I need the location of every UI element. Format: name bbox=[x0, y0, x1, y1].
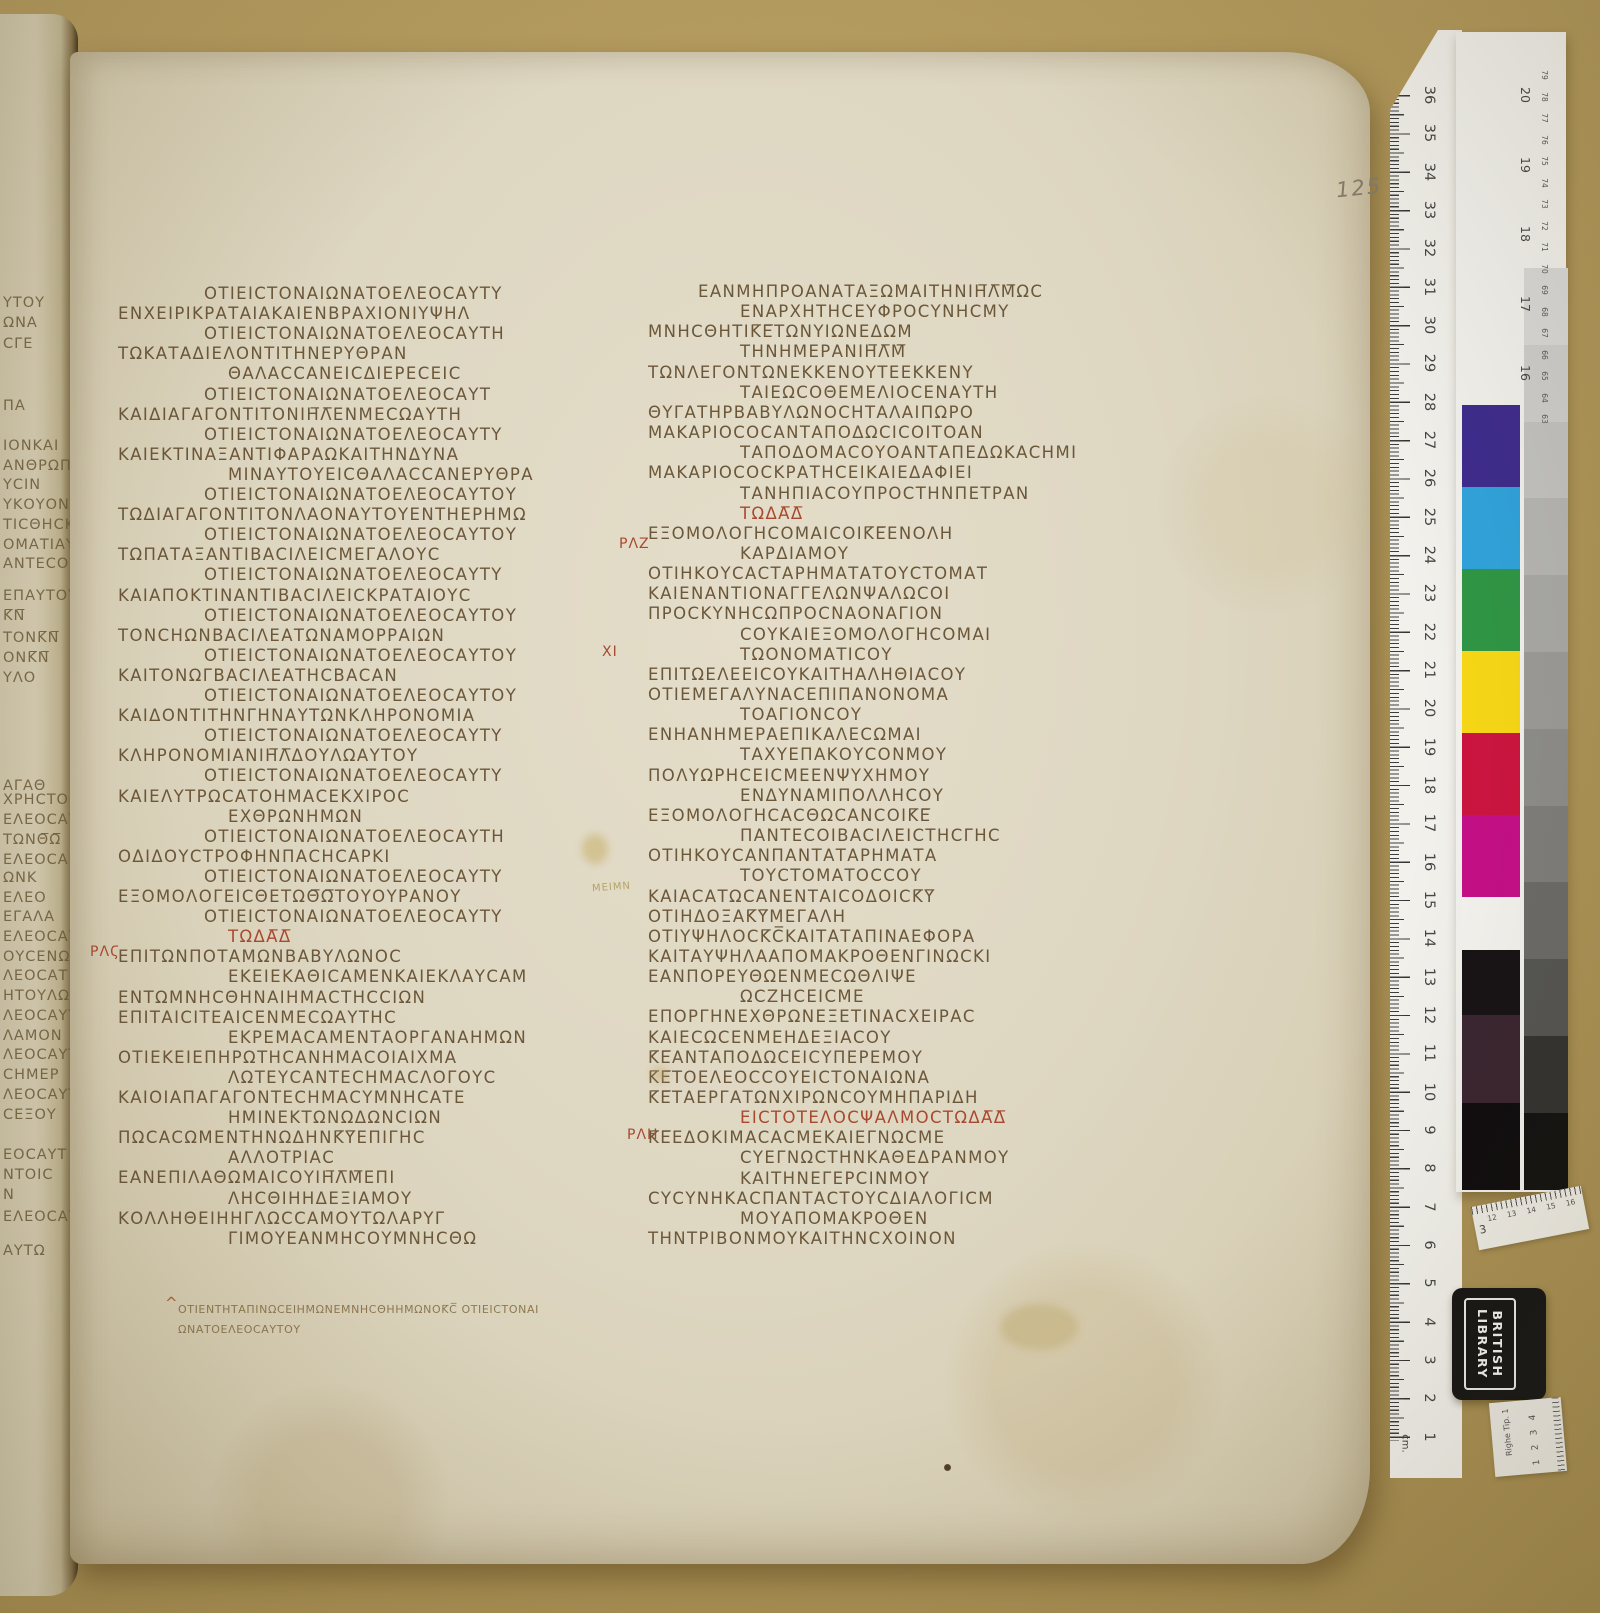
righe-number: 3 bbox=[1529, 1429, 1539, 1436]
text-line: Κ̅Ε̅ΤΟΕΛΕΟCCΟΥΕΙCΤΟΝΑΙΩΝΑ bbox=[648, 1068, 930, 1087]
text-line: ΛΩΤΕΥCΑΝΤΕCΗΜΑCΛΟΓΟΥC bbox=[228, 1068, 497, 1087]
text-line: ΕΚΕΙΕΚΑΘΙCΑΜΕΝΚΑΙΕΚΛΑΥCΑΜ bbox=[228, 967, 528, 986]
text-line: ΜΑΚΑΡΙΟCΟCΑΝΤΑΠΟΔΩCΙCΟΙΤΟΑΝ bbox=[648, 423, 984, 442]
inner-scale-small-number: 72 bbox=[1539, 218, 1549, 234]
text-line: Κ̅Ε̅ΕΔΟΚΙΜΑCΑCΜΕΚΑΙΕΓΝΩCΜΕ bbox=[648, 1128, 945, 1147]
text-line: ΚΟΛΛΗΘΕΙΗΗΓΛΩCCΑΜΟΥΤΩΛΑΡΥΓ bbox=[118, 1209, 446, 1228]
text-line: ΤΗΝΗΜΕΡΑΝΙΗ̅Λ̅Μ̅ bbox=[740, 342, 906, 361]
facing-page-fragment: ΝΤΟΙC bbox=[3, 1167, 54, 1183]
text-line: ΟΤΙΕΙCΤΟΝΑΙΩΝΑΤΟΕΛΕΟCΑΥΤΟΥ bbox=[204, 485, 517, 504]
facing-page-fragment: ΕΛΕΟCΑΥΤ bbox=[3, 1209, 78, 1225]
color-patch-white bbox=[1462, 897, 1520, 950]
ruler-cm-number: 2 bbox=[1419, 1384, 1437, 1412]
inner-scale-number: 20 bbox=[1517, 84, 1533, 106]
text-line: ΟΤΙΕΙCΤΟΝΑΙΩΝΑΤΟΕΛΕΟCΑΥΤΥ bbox=[204, 425, 503, 444]
inner-scale-small-number: 76 bbox=[1539, 132, 1549, 148]
color-calibration-chart: 2019181716797877767574737271706968676665… bbox=[1456, 32, 1566, 1192]
text-line: ΕΞΟΜΟΛΟΓΗCΑCΘΩCΑΝCΟΙΚ̅Ε̅ bbox=[648, 806, 931, 825]
text-line: ΑΛΛΟΤΡΙΑC bbox=[228, 1148, 335, 1167]
facing-page-fragment: ΩΝΑ bbox=[3, 315, 38, 331]
stain bbox=[652, 1066, 668, 1082]
righe-number: 2 bbox=[1531, 1444, 1541, 1451]
stain bbox=[1000, 1304, 1078, 1350]
color-patch-cyan bbox=[1462, 487, 1520, 569]
text-line: ΩCΖΗCΕΙCΜΕ bbox=[740, 987, 865, 1006]
text-line: ΟΤΙΕΙCΤΟΝΑΙΩΝΑΤΟΕΛΕΟCΑΥΤΥ bbox=[204, 907, 503, 926]
text-line: ΕΝΗΑΝΗΜΕΡΑΕΠΙΚΑΛΕCΩΜΑΙ bbox=[648, 725, 922, 744]
text-line: ΤΩΟΝΟΜΑΤΙCΟΥ bbox=[740, 645, 893, 664]
ruler-cm-number: 11 bbox=[1419, 1039, 1437, 1067]
text-line: ΟΤΙΕΙCΤΟΝΑΙΩΝΑΤΟΕΛΕΟCΑΥΤΟΥ bbox=[204, 686, 517, 705]
gray-step-12 bbox=[1524, 1113, 1568, 1190]
gray-step-3 bbox=[1524, 422, 1568, 499]
text-line: ΟΤΙΕΙCΤΟΝΑΙΩΝΑΤΟΕΛΕΟCΑΥΤΟΥ bbox=[204, 606, 517, 625]
text-line: ΚΑΙΑΠΟΚΤΙΝΑΝΤΙΒΑCΙΛΕΙCΚΡΑΤΑΙΟΥC bbox=[118, 586, 472, 605]
inner-scale-small-number: 66 bbox=[1539, 347, 1549, 363]
color-patch-dark-plum bbox=[1462, 1015, 1520, 1103]
marginal-psalm-number: ΡΛΗ bbox=[627, 1127, 659, 1143]
text-line: ΟΤΙΕΙCΤΟΝΑΙΩΝΑΤΟΕΛΕΟCΑΥΤ bbox=[204, 385, 491, 404]
inner-scale-small-number: 79 bbox=[1539, 67, 1549, 83]
text-line: ΕΝΧΕΙΡΙΚΡΑΤΑΙΑΚΑΙΕΝΒΡΑΧΙΟΝΙΥΨΗΛ bbox=[118, 304, 471, 323]
marginal-psalm-number: ΡΛΖ bbox=[619, 536, 650, 552]
text-line: ΤΩΠΑΤΑΞΑΝΤΙΒΑCΙΛΕΙCΜΕΓΑΛΟΥC bbox=[118, 545, 441, 564]
rubric-line: ΤΩΔΑ̅Δ̅ bbox=[740, 504, 804, 523]
ruler-cm-number: 32 bbox=[1419, 234, 1437, 262]
facing-page-fragment: ΥΚΟΥΟΝΤ bbox=[3, 497, 78, 513]
color-patch-red bbox=[1462, 733, 1520, 815]
text-line: ΚΑΙΕΝΑΝΤΙΟΝΑΓΓΕΛΩΝΨΑΛΩCΟΙ bbox=[648, 584, 951, 603]
text-line: ΟΤΙΕΙCΤΟΝΑΙΩΝΑΤΟΕΛΕΟCΑΥΤΟΥ bbox=[204, 646, 517, 665]
marginal-psalm-number: ΡΛϚ bbox=[90, 944, 120, 960]
inner-scale-small-number: 78 bbox=[1539, 89, 1549, 105]
inner-scale-number: 19 bbox=[1517, 154, 1533, 176]
ruler-cm-number: 8 bbox=[1419, 1154, 1437, 1182]
ruler-cm-number: 36 bbox=[1419, 81, 1437, 109]
ruler-cm-number: 18 bbox=[1419, 771, 1437, 799]
ruler-cm-number: 22 bbox=[1419, 618, 1437, 646]
ruler-cm-number: 25 bbox=[1419, 503, 1437, 531]
ruler-cm-number: 16 bbox=[1419, 848, 1437, 876]
parchment-hole bbox=[944, 1464, 951, 1471]
gray-step-6 bbox=[1524, 652, 1568, 729]
facing-page-fragment: ΟΥCΕΝΩΝ bbox=[3, 949, 78, 965]
gray-step-10 bbox=[1524, 959, 1568, 1036]
text-line: ΓΙΜΟΥΕΑΝΜΗCΟΥΜΝΗCΘΩ bbox=[228, 1229, 477, 1248]
insertion-caret: ^ bbox=[165, 1294, 178, 1312]
text-line: ΤΟΝCΗΩΝΒΑCΙΛΕΑΤΩΝΑΜΟΡΡΑΙΩΝ bbox=[118, 626, 445, 645]
facing-page-fragment: ΛΕΟCΑΥΤ bbox=[3, 1008, 78, 1024]
facing-page-edge: ΥΤΟΥΩΝΑCΓΕΠΑΙΟΝΚΑΙΑΝΘΡΩΠΥCΙΝΥΚΟΥΟΝΤΤΙCΘΗ… bbox=[0, 14, 78, 1596]
text-line: ΟΤΙΗΚΟΥCΑΝΠΑΝΤΑΤΑΡΗΜΑΤΑ bbox=[648, 846, 938, 865]
text-line: ΟΤΙΕΙCΤΟΝΑΙΩΝΑΤΟΕΛΕΟCΑΥΤΗ bbox=[204, 827, 505, 846]
text-line: ΘΥΓΑΤΗΡΒΑΒΥΛΩΝΟCΗΤΑΛΑΙΠΩΡΟ bbox=[648, 403, 974, 422]
inner-scale-number: 16 bbox=[1517, 362, 1533, 384]
text-line: CΥΕΓΝΩCΤΗΝΚΑΘΕΔΡΑΝΜΟΥ bbox=[740, 1148, 1010, 1167]
text-line: ΚΑΙΔΙΑΓΑΓΟΝΤΙΤΟΝΙΗ̅Λ̅ΕΝΜΕCΩΑΥΤΗ bbox=[118, 405, 462, 424]
ruler-cm-number: 19 bbox=[1419, 733, 1437, 761]
facing-page-fragment: Κ̅Ν̅ bbox=[3, 608, 25, 624]
text-line: ΚΛΗΡΟΝΟΜΙΑΝΙΗ̅Λ̅ΔΟΥΛΩΑΥΤΟΥ bbox=[118, 746, 418, 765]
ruler-cm-number: 20 bbox=[1419, 694, 1437, 722]
text-line: ΕΞΟΜΟΛΟΓΕΙCΘΕΤΩΘ̅Ω̅ΤΟΥΟΥΡΑΝΟΥ bbox=[118, 887, 462, 906]
facing-page-fragment: ΕΓΑΛΑ bbox=[3, 909, 55, 925]
text-line: ΤΑΝΗΠΙΑCΟΥΠΡΟCΤΗΝΠΕΤΡΑΝ bbox=[740, 484, 1030, 503]
facing-page-fragment: ΕΛΕΟCΑ bbox=[3, 852, 69, 868]
righe-scale: Righe Tip. 1 1234 bbox=[1489, 1397, 1567, 1477]
facing-page-fragment: ΕΠΑΥΤΟΥ bbox=[3, 588, 78, 604]
ruler-cm-number: 31 bbox=[1419, 273, 1437, 301]
facing-page-fragment: ΤΟΝΚ̅Ν̅ bbox=[3, 630, 59, 646]
facing-page-fragment: ΑΝΘΡΩΠ bbox=[3, 458, 72, 474]
facing-page-fragment: ΟΝΚ̅Ν̅ bbox=[3, 650, 50, 666]
british-library-frame: BRITISH LIBRARY bbox=[1464, 1298, 1516, 1390]
text-line: ΟΤΙΗΚΟΥCΑCΤΑΡΗΜΑΤΑΤΟΥCΤΟΜΑΤ bbox=[648, 564, 988, 583]
facing-page-fragment: ΛΕΟCΑΥΤ bbox=[3, 1087, 78, 1103]
ruler-cm-number: 29 bbox=[1419, 349, 1437, 377]
color-patch-black-2 bbox=[1462, 1103, 1520, 1190]
ruler-cm-number: 28 bbox=[1419, 388, 1437, 416]
text-line: ΟΤΙΕΙCΤΟΝΑΙΩΝΑΤΟΕΛΕΟCΑΥΤΥ bbox=[204, 284, 503, 303]
footnote-line: ΩΝΑΤΟΕΛΕΟCΑΥΤΟΥ bbox=[178, 1320, 698, 1340]
ruler-cm-number: 10 bbox=[1419, 1078, 1437, 1106]
ruler-cm-number: 5 bbox=[1419, 1269, 1437, 1297]
inner-scale-number: 17 bbox=[1517, 293, 1533, 315]
text-line: ΟΤΙΕΙCΤΟΝΑΙΩΝΑΤΟΕΛΕΟCΑΥΤΟΥ bbox=[204, 525, 517, 544]
text-line: ΤΟΑΓΙΟΝCΟΥ bbox=[740, 705, 862, 724]
text-line: ΜΟΥΑΠΟΜΑΚΡΟΘΕΝ bbox=[740, 1209, 929, 1228]
righe-number: 1 bbox=[1532, 1459, 1542, 1466]
text-line: ΚΑΙΤΗΝΕΓΕΡCΙΝΜΟΥ bbox=[740, 1169, 930, 1188]
text-line: ΜΑΚΑΡΙΟCΟCΚΡΑΤΗCΕΙΚΑΙΕΔΑΦΙΕΙ bbox=[648, 463, 973, 482]
facing-page-fragment: ΕΛΕΟCΑΥΤ bbox=[3, 812, 78, 828]
text-line: ΕΝΑΡΧΗΤΗCΕΥΦΡΟCΥΝΗCΜΥ bbox=[740, 302, 1010, 321]
ruler-cm-number: 24 bbox=[1419, 541, 1437, 569]
british-library-word: LIBRARY bbox=[1475, 1309, 1490, 1379]
color-patch-green bbox=[1462, 569, 1520, 651]
facing-page-fragment: ΙΟΝΚΑΙ bbox=[3, 438, 59, 454]
text-line: ΘΑΛΑCCΑΝΕΙCΔΙΕΡΕCΕΙC bbox=[228, 364, 462, 383]
inner-scale-small-number: 63 bbox=[1539, 411, 1549, 427]
text-line: ΟΤΙΕΚΕΙΕΠΗΡΩΤΗCΑΝΗΜΑCΟΙΑΙΧΜΑ bbox=[118, 1048, 457, 1067]
text-line: ΜΝΗCΘΗΤΙΚ̅Ε̅ΤΩΝΥΙΩΝΕΔΩΜ bbox=[648, 322, 913, 341]
ruler-cm-number: 6 bbox=[1419, 1231, 1437, 1259]
ruler-cm-number: 12 bbox=[1419, 1001, 1437, 1029]
text-line: ΕΑΝΠΟΡΕΥΘΩΕΝΜΕCΩΘΛΙΨΕ bbox=[648, 967, 917, 986]
inner-ruler-number: 12 bbox=[1486, 1212, 1497, 1223]
british-library-label: BRITISH LIBRARY bbox=[1475, 1309, 1505, 1379]
parchment-page: 125 ΟΤΙΕΙCΤΟΝΑΙΩΝΑΤΟΕΛΕΟCΑΥΤΥΕΝΧΕΙΡΙΚΡΑΤ… bbox=[70, 52, 1370, 1564]
text-line: ΜΙΝΑΥΤΟΥΕΙCΘΑΛΑCCΑΝΕΡΥΘΡΑ bbox=[228, 465, 534, 484]
text-line: ΕΠΙΤΑΙCΙΤΕΑΙCΕΝΜΕCΩΑΥΤΗC bbox=[118, 1008, 397, 1027]
facing-page-fragment: ΛΑΜΟΝ bbox=[3, 1028, 63, 1044]
text-line: ΟΤΙΕΙCΤΟΝΑΙΩΝΑΤΟΕΛΕΟCΑΥΤΥ bbox=[204, 726, 503, 745]
text-line: ΟΤΙΕΙCΤΟΝΑΙΩΝΑΤΟΕΛΕΟCΑΥΤΗ bbox=[204, 324, 505, 343]
inner-scale-small-number: 65 bbox=[1539, 368, 1549, 384]
text-line: ΟΤΙΕΙCΤΟΝΑΙΩΝΑΤΟΕΛΕΟCΑΥΤΥ bbox=[204, 867, 503, 886]
inner-scale-small-number: 67 bbox=[1539, 325, 1549, 341]
gray-step-9 bbox=[1524, 882, 1568, 959]
text-line: ΤΩΚΑΤΑΔΙΕΛΟΝΤΙΤΗΝΕΡΥΘΡΑΝ bbox=[118, 344, 408, 363]
text-line: ΟΤΙΥΨΗΛΟCΚ̅C̅ΚΑΙΤΑΤΑΠΙΝΑΕΦΟΡΑ bbox=[648, 927, 976, 946]
color-patch-magenta bbox=[1462, 815, 1520, 897]
text-line: Κ̅Ε̅ΑΝΤΑΠΟΔΩCΕΙCΥΠΕΡΕΜΟΥ bbox=[648, 1048, 923, 1067]
text-line: ΚΑΙΕΚΤΙΝΑΞΑΝΤΙΦΑΡΑΩΚΑΙΤΗΝΔΥΝΑ bbox=[118, 445, 459, 464]
gray-step-7 bbox=[1524, 729, 1568, 806]
color-patch-black bbox=[1462, 950, 1520, 1015]
facing-page-fragment: ΟΜΑΤΙΑΥ bbox=[3, 537, 76, 553]
rubric-line: ΕΙCΤΟΤΕΛΟCΨΑΛΜΟCΤΩΔΑ̅Δ̅ bbox=[740, 1108, 1006, 1127]
righe-label: Righe Tip. 1 bbox=[1501, 1408, 1514, 1456]
text-line: ΤΑΧΥΕΠΑΚΟΥCΟΝΜΟΥ bbox=[740, 745, 947, 764]
text-line: ΕΝΔΥΝΑΜΙΠΟΛΛΗCΟΥ bbox=[740, 786, 944, 805]
photographic-ruler: cm. 123456789101112131415161718192021222… bbox=[1390, 30, 1462, 1478]
ruler-cm-number: 3 bbox=[1419, 1346, 1437, 1374]
facing-page-fragment: ΕΛΕΟ bbox=[3, 890, 47, 906]
british-library-tab: BRITISH LIBRARY bbox=[1452, 1288, 1546, 1400]
ruler-cm-number: 14 bbox=[1419, 924, 1437, 952]
righe-ticks bbox=[1552, 1397, 1565, 1471]
text-line: ΚΑΙΕCΩCΕΝΜΕΗΔΕΞΙΑCΟΥ bbox=[648, 1028, 892, 1047]
marginal-note: ΧΙ bbox=[602, 644, 618, 660]
text-line: ΚΑΙΟΙΑΠΑΓΑΓΟΝΤΕCΗΜΑCΥΜΝΗCΑΤΕ bbox=[118, 1088, 466, 1107]
marginal-gloss: ΜΕΙΜΝ bbox=[592, 881, 632, 895]
inner-scale-small-number: 73 bbox=[1539, 196, 1549, 212]
inner-ruler-number: 16 bbox=[1565, 1197, 1576, 1208]
ruler-cm-number: 35 bbox=[1419, 119, 1437, 147]
grayscale-strip bbox=[1522, 268, 1568, 1190]
color-patch-yellow bbox=[1462, 651, 1520, 733]
ruler-cm-number: 1 bbox=[1419, 1423, 1437, 1451]
stain bbox=[582, 834, 608, 864]
text-line: ΤΑΙΕΩCΟΘΕΜΕΛΙΟCΕΝΑΥΤΗ bbox=[740, 383, 999, 402]
text-line: ΕΠΙΤΩΝΠΟΤΑΜΩΝΒΑΒΥΛΩΝΟC bbox=[118, 947, 402, 966]
inner-ruler-number: 13 bbox=[1506, 1209, 1517, 1220]
manuscript-photograph: ΥΤΟΥΩΝΑCΓΕΠΑΙΟΝΚΑΙΑΝΘΡΩΠΥCΙΝΥΚΟΥΟΝΤΤΙCΘΗ… bbox=[0, 0, 1600, 1613]
facing-page-fragment: CΗΜΕΡ bbox=[3, 1067, 59, 1083]
ruler-cm-number: 33 bbox=[1419, 196, 1437, 224]
facing-page-fragment: Ν bbox=[3, 1187, 15, 1203]
inner-ruler-tip: 3 1213141516 bbox=[1471, 1186, 1589, 1251]
gray-step-11 bbox=[1524, 1036, 1568, 1113]
footnote: ΟΤΙΕΝΤΗΤΑΠΙΝΩCΕΙΗΜΩΝΕΜΝΗCΘΗΗΜΩΝΟΚ̅C̅ ΟΤΙ… bbox=[178, 1300, 698, 1340]
text-line: ΠΑΝΤΕCΟΙΒΑCΙΛΕΙCΤΗCΓΗC bbox=[740, 826, 1001, 845]
text-line: ΕΧΘΡΩΝΗΜΩΝ bbox=[228, 807, 363, 826]
ruler-cm-number: 7 bbox=[1419, 1193, 1437, 1221]
ruler-cm-number: 13 bbox=[1419, 963, 1437, 991]
inner-scale-small-number: 75 bbox=[1539, 153, 1549, 169]
righe-number: 4 bbox=[1528, 1414, 1538, 1421]
text-line: ΤΩΔΙΑΓΑΓΟΝΤΙΤΟΝΛΑΟΝΑΥΤΟΥΕΝΤΗΕΡΗΜΩ bbox=[118, 505, 527, 524]
footnote-line: ΟΤΙΕΝΤΗΤΑΠΙΝΩCΕΙΗΜΩΝΕΜΝΗCΘΗΗΜΩΝΟΚ̅C̅ ΟΤΙ… bbox=[178, 1300, 698, 1320]
facing-page-fragment: CΕΞΟΥ bbox=[3, 1107, 57, 1123]
text-line: ΕΠΙΤΩΕΛΕΕΙCΟΥΚΑΙΤΗΑΛΗΘΙΑCΟΥ bbox=[648, 665, 966, 684]
text-line: ΚΑΙΕΛΥΤΡΩCΑΤΟΗΜΑCΕΚΧΙΡΟC bbox=[118, 787, 410, 806]
gray-step-4 bbox=[1524, 498, 1568, 575]
inner-scale-small-number: 71 bbox=[1539, 239, 1549, 255]
text-line: ΕΝΤΩΜΝΗCΘΗΝΑΙΗΜΑCΤΗCCΙΩΝ bbox=[118, 988, 426, 1007]
text-line: ΚΑΡΔΙΑΜΟΥ bbox=[740, 544, 849, 563]
inner-ruler-mark: 3 bbox=[1478, 1223, 1487, 1237]
text-line: ΤΩΝΛΕΓΟΝΤΩΝΕΚΚΕΝΟΥΤΕΕΚΚΕΝΥ bbox=[648, 363, 974, 382]
facing-page-fragment: ΩΝΚ bbox=[3, 870, 37, 886]
inner-scale-small-number: 77 bbox=[1539, 110, 1549, 126]
facing-page-fragment: CΓΕ bbox=[3, 336, 33, 352]
gray-step-8 bbox=[1524, 806, 1568, 883]
ruler-cm-number: 26 bbox=[1419, 464, 1437, 492]
ruler-cm-number: 17 bbox=[1419, 809, 1437, 837]
gray-step-5 bbox=[1524, 575, 1568, 652]
text-line: ΚΑΙΑCΑΤΩCΑΝΕΝΤΑΙCΟΔΟΙCΚ̅Υ̅ bbox=[648, 887, 936, 906]
text-line: ΟΤΙΕΙCΤΟΝΑΙΩΝΑΤΟΕΛΕΟCΑΥΤΥ bbox=[204, 766, 503, 785]
inner-ruler-number: 14 bbox=[1526, 1205, 1537, 1216]
facing-page-fragment: ΕΟCΑΥΤ bbox=[3, 1147, 67, 1163]
text-line: ΕΚΡΕΜΑCΑΜΕΝΤΑΟΡΓΑΝΑΗΜΩΝ bbox=[228, 1028, 527, 1047]
british-library-word: BRITISH bbox=[1490, 1309, 1505, 1379]
inner-scale-small-number: 69 bbox=[1539, 282, 1549, 298]
ruler-cm-number: 27 bbox=[1419, 426, 1437, 454]
facing-page-fragment: ΛΕΟCΑΥΤ bbox=[3, 1047, 78, 1063]
ruler-cm-number: 4 bbox=[1419, 1308, 1437, 1336]
facing-page-fragment: ΕΛΕΟCΑΥΤΗ bbox=[3, 929, 78, 945]
text-line: ΟΤΙΕΙCΤΟΝΑΙΩΝΑΤΟΕΛΕΟCΑΥΤΥ bbox=[204, 565, 503, 584]
text-line: ΕΑΝΜΗΠΡΟΑΝΑΤΑΞΩΜΑΙΤΗΝΙΗ̅Λ̅Μ̅ΩC bbox=[698, 282, 1043, 301]
text-line: ΤΑΠΟΔΟΜΑCΟΥΟΑΝΤΑΠΕΔΩΚΑCΗΜΙ bbox=[740, 443, 1077, 462]
text-line: ΠΟΛΥΩΡΗCΕΙCΜΕΕΝΨΥΧΗΜΟΥ bbox=[648, 766, 930, 785]
text-line: Κ̅Ε̅ΤΑΕΡΓΑΤΩΝΧΙΡΩΝCΟΥΜΗΠΑΡΙΔΗ bbox=[648, 1088, 979, 1107]
text-line: ΕΞΟΜΟΛΟΓΗCΟΜΑΙCΟΙΚ̅Ε̅ΕΝΟΛΗ bbox=[648, 524, 954, 543]
text-line: ΚΑΙΔΟΝΤΙΤΗΝΓΗΝΑΥΤΩΝΚΛΗΡΟΝΟΜΙΑ bbox=[118, 706, 475, 725]
text-line: ΟΤΙΗΔΟΞΑΚ̅Υ̅ΜΕΓΑΛΗ bbox=[648, 907, 846, 926]
text-line: CΟΥΚΑΙΕΞΟΜΟΛΟΓΗCΟΜΑΙ bbox=[740, 625, 991, 644]
text-line: ΛΗCΘΙΗΗΔΕΞΙΑΜΟΥ bbox=[228, 1189, 412, 1208]
text-line: ΤΟΥCΤΟΜΑΤΟCCΟΥ bbox=[740, 866, 922, 885]
text-line: ΕΠΟΡΓΗΝΕΧΘΡΩΝΕΞΕΤΙΝΑCΧΕΙΡΑC bbox=[648, 1007, 976, 1026]
ruler-cm-number: 34 bbox=[1419, 158, 1437, 186]
inner-scale-small-number: 70 bbox=[1539, 261, 1549, 277]
inner-scale-small-number: 64 bbox=[1539, 390, 1549, 406]
ruler-cm-number: 21 bbox=[1419, 656, 1437, 684]
facing-page-fragment: ΥCΙΝ bbox=[3, 477, 41, 493]
text-line: ΚΑΙΤΑΥΨΗΛΑΑΠΟΜΑΚΡΟΘΕΝΓΙΝΩCΚΙ bbox=[648, 947, 992, 966]
inner-ruler-number: 15 bbox=[1545, 1201, 1556, 1212]
facing-page-fragment: ΠΑ bbox=[3, 398, 26, 414]
facing-page-fragment: ΛΕΟCΑΤ bbox=[3, 968, 68, 984]
facing-page-fragment: ΑΥΤΩ bbox=[3, 1243, 46, 1259]
facing-page-fragment: ΥΛΟ bbox=[3, 670, 36, 686]
ruler-mm-ticks bbox=[1390, 95, 1399, 1441]
inner-scale-small-number: 68 bbox=[1539, 304, 1549, 320]
ruler-cm-number: 9 bbox=[1419, 1116, 1437, 1144]
text-line: ΟΤΙΕΜΕΓΑΛΥΝΑCΕΠΙΠΑΝΟΝΟΜΑ bbox=[648, 685, 949, 704]
ruler-cm-label: cm. bbox=[1400, 1429, 1411, 1459]
text-line: CΥCΥΝΗΚΑCΠΑΝΤΑCΤΟΥCΔΙΑΛΟΓΙCΜ bbox=[648, 1189, 994, 1208]
facing-page-fragment: ΧΡΗCΤΟC bbox=[3, 792, 78, 808]
color-patch-purple bbox=[1462, 405, 1520, 487]
inner-scale-number: 18 bbox=[1517, 223, 1533, 245]
ruler-cm-number: 30 bbox=[1419, 311, 1437, 339]
text-line: ΠΡΟCΚΥΝΗCΩΠΡΟCΝΑΟΝΑΓΙΟΝ bbox=[648, 604, 943, 623]
folio-number: 125 bbox=[1335, 174, 1383, 203]
inner-scale-small-number: 74 bbox=[1539, 175, 1549, 191]
facing-page-fragment: ΑΝΤΕCΟΙ bbox=[3, 556, 75, 572]
text-line: ΤΗΝΤΡΙΒΟΝΜΟΥΚΑΙΤΗΝCΧΟΙΝΟΝ bbox=[648, 1229, 957, 1248]
text-line: ΟΔΙΔΟΥCΤΡΟΦΗΝΠΑCΗCΑΡΚΙ bbox=[118, 847, 391, 866]
rubric-line: ΤΩΔΑ̅Δ̅ bbox=[228, 927, 292, 946]
facing-page-fragment: ΤΩΝΘ̅Ω̅ bbox=[3, 832, 61, 848]
text-line: ΚΑΙΤΟΝΩΓΒΑCΙΛΕΑΤΗCΒΑCΑΝ bbox=[118, 666, 398, 685]
text-line: ΠΩCΑCΩΜΕΝΤΗΝΩΔΗΝΚ̅Υ̅ΕΠΙΓΗC bbox=[118, 1128, 426, 1147]
text-line: ΗΜΙΝΕΚΤΩΝΩΔΩΝCΙΩΝ bbox=[228, 1108, 442, 1127]
facing-page-fragment: ΤΙCΘΗCΚ bbox=[3, 517, 75, 533]
ruler-cm-number: 15 bbox=[1419, 886, 1437, 914]
text-line: ΕΑΝΕΠΙΛΑΘΩΜΑΙCΟΥΙΗ̅Λ̅Μ̅ΕΠΙ bbox=[118, 1168, 396, 1187]
facing-page-fragment: ΗΤΟΥΛΩ bbox=[3, 988, 70, 1004]
facing-page-fragment: ΥΤΟΥ bbox=[3, 295, 45, 311]
ruler-cm-number: 23 bbox=[1419, 579, 1437, 607]
